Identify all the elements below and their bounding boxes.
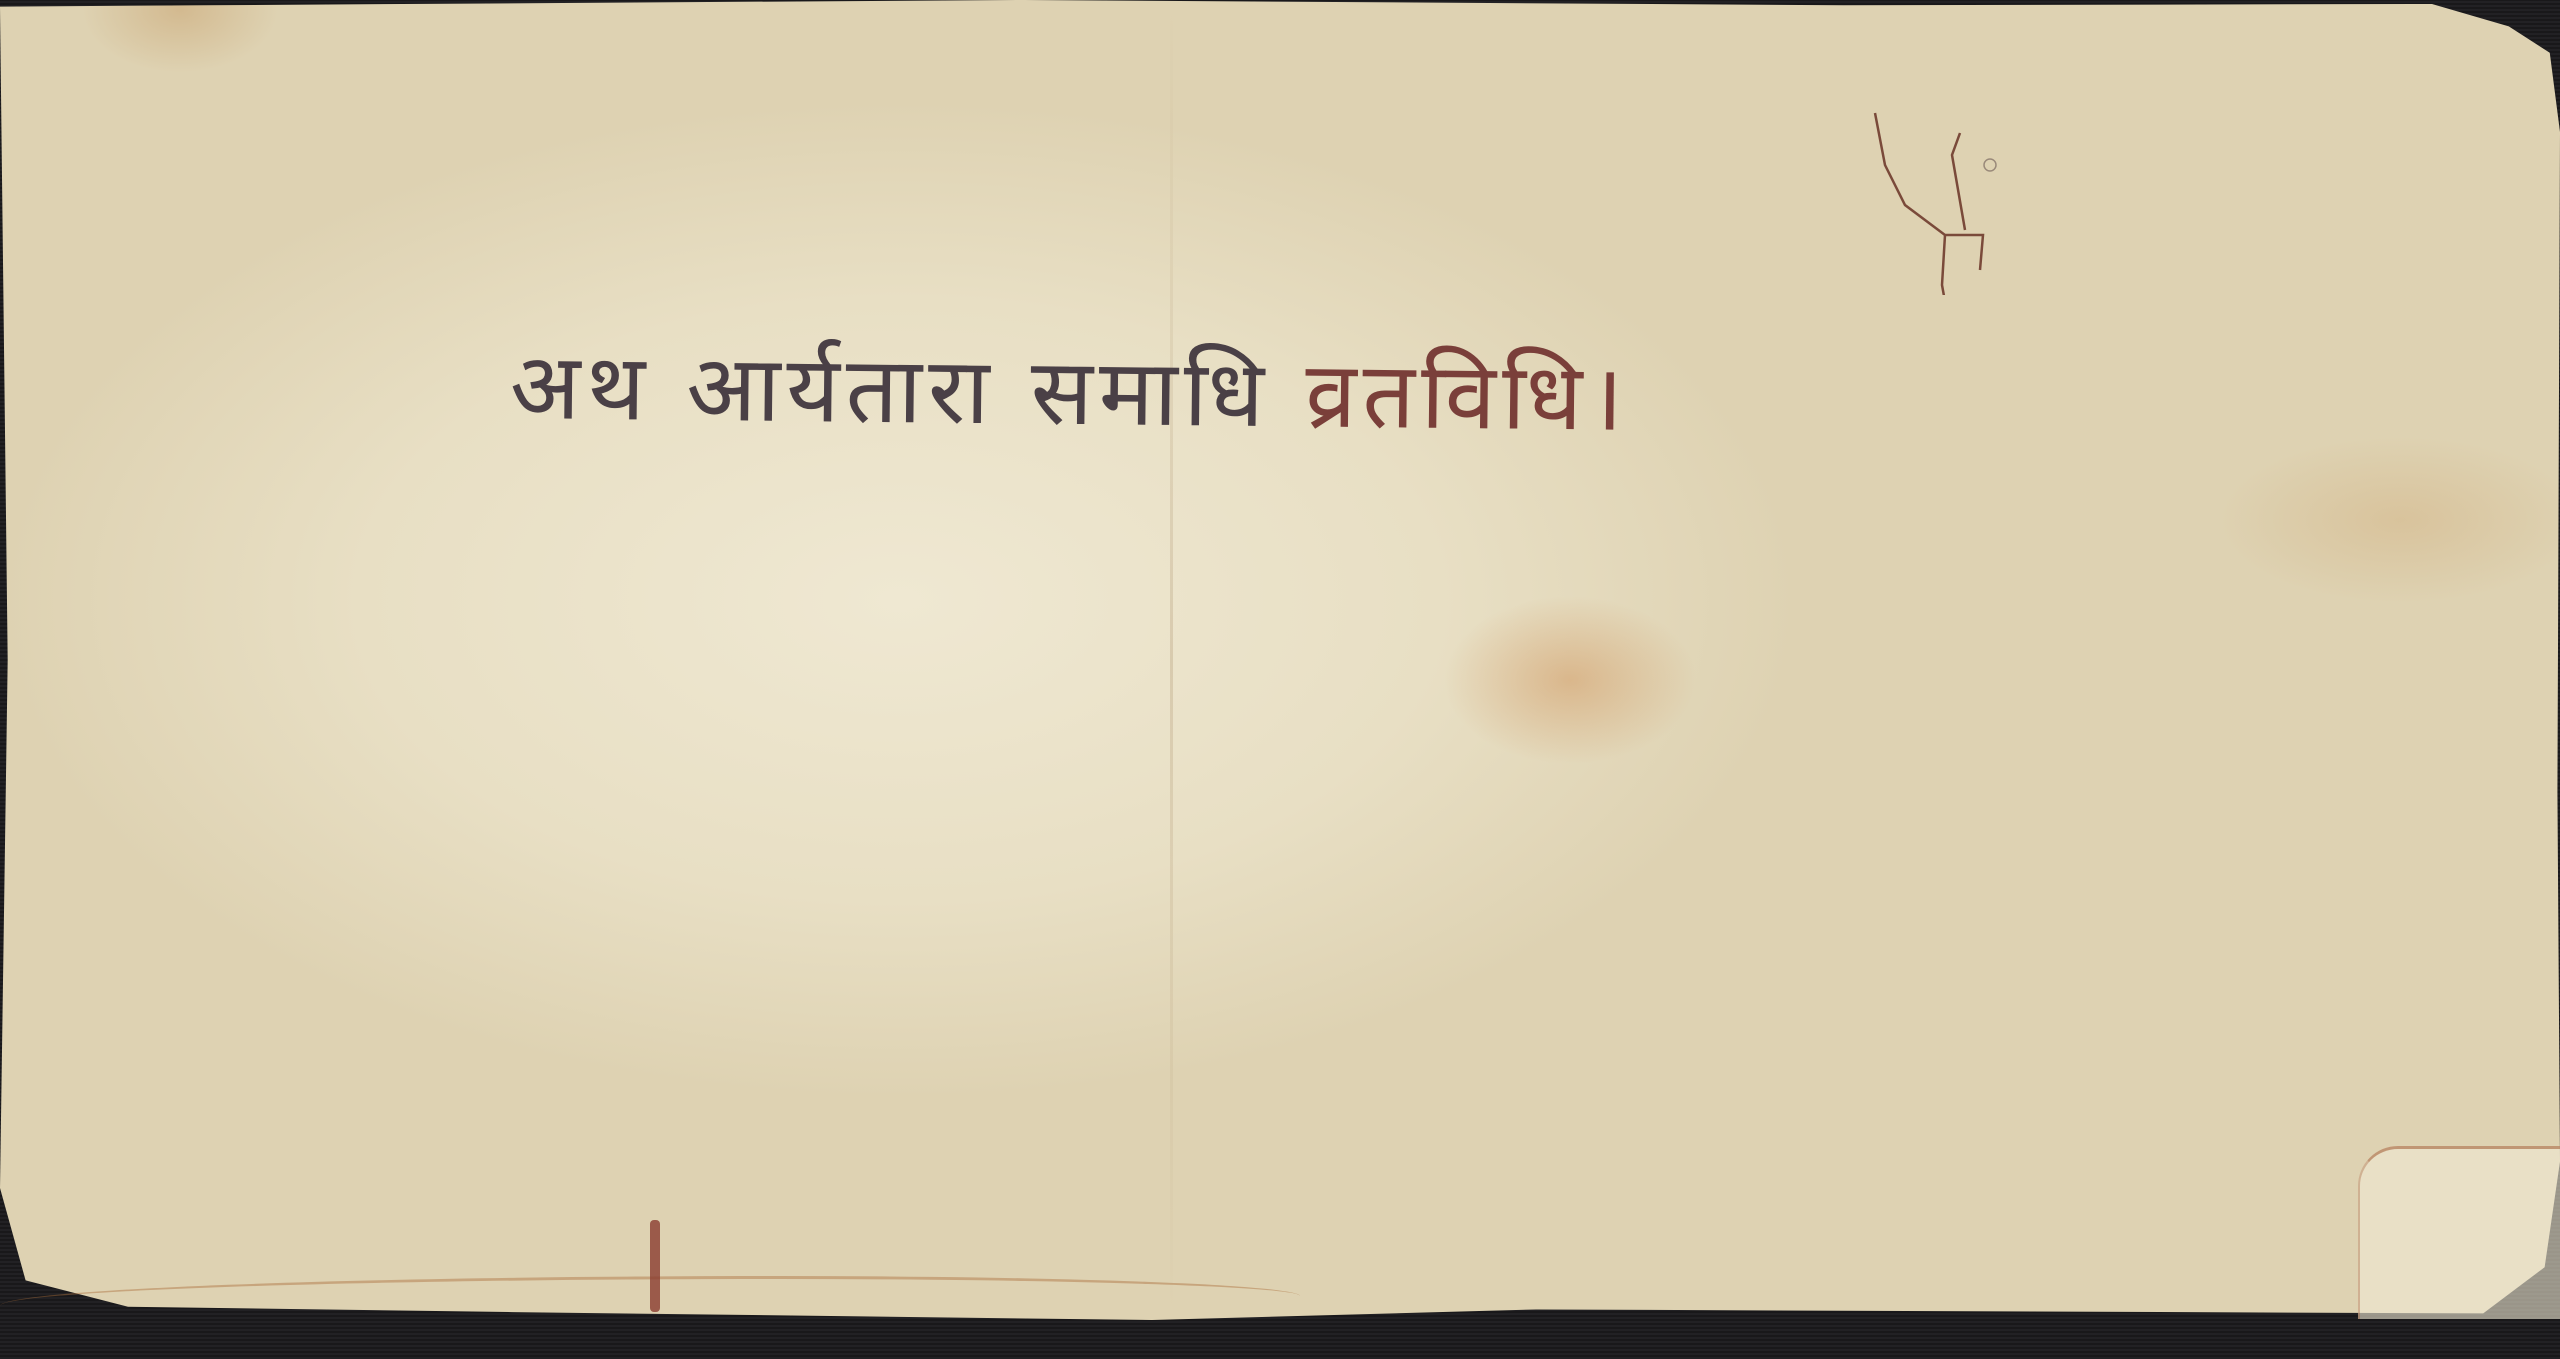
ink-stroke-mark: [650, 1220, 660, 1312]
paper-fold-line: [1170, 0, 1173, 1320]
branch-sketch-icon: [1840, 55, 2040, 295]
title-segment-red: व्रतविधि।: [1305, 341, 1630, 451]
title-segment-dark: अथ आर्यतारा समाधि: [509, 333, 1305, 448]
manuscript-leaf: [0, 0, 2560, 1320]
manuscript-title: अथ आर्यतारा समाधि व्रतविधि।: [509, 320, 2410, 465]
folded-corner: [2358, 1146, 2560, 1319]
